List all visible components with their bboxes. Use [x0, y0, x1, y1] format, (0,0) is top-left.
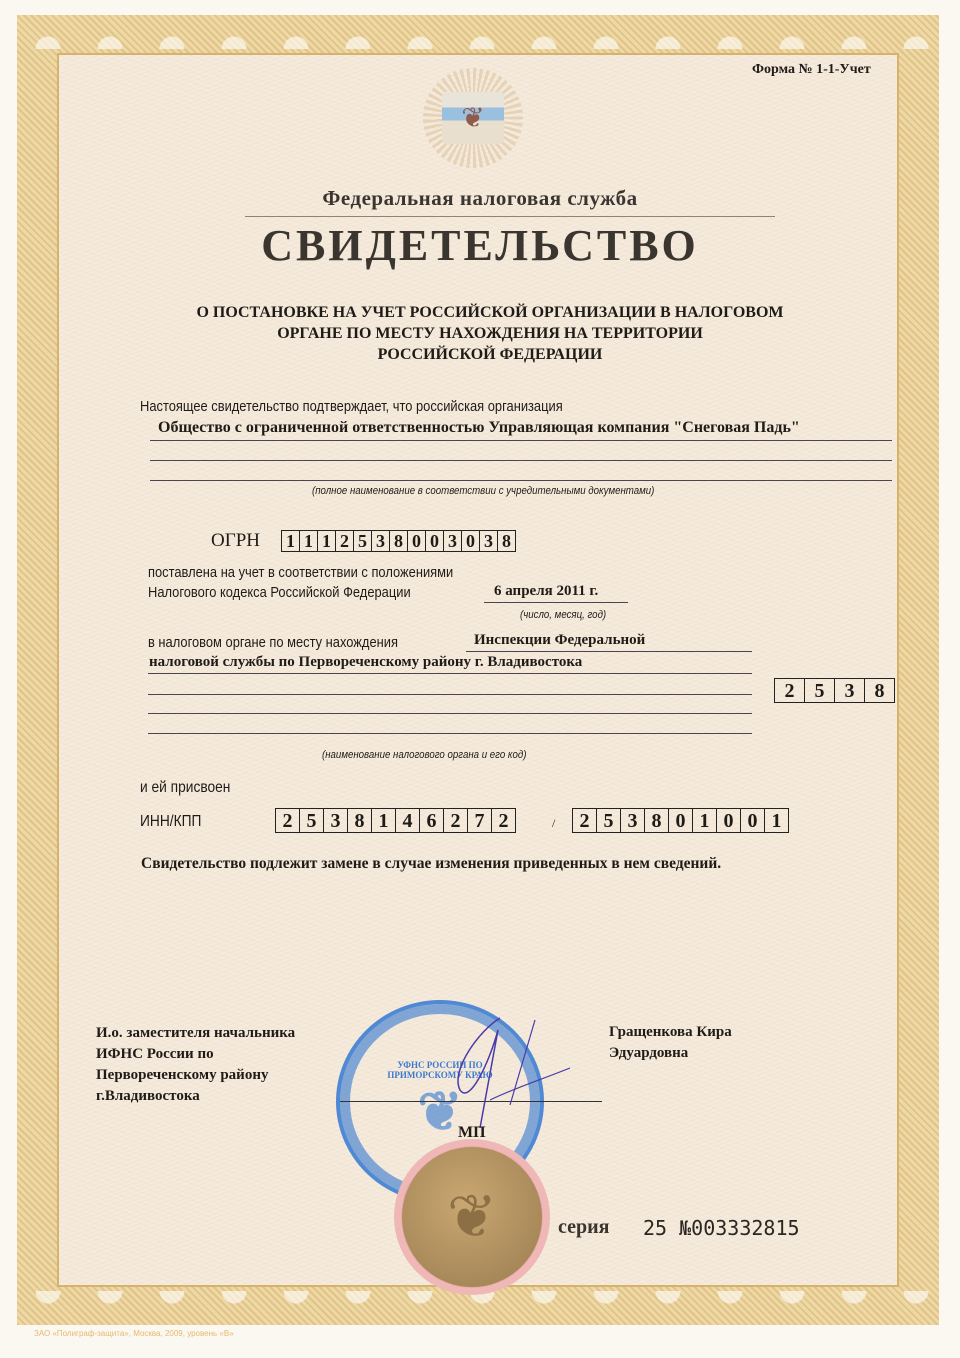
digit-cell: 2 — [775, 679, 804, 702]
form-number: Форма № 1-1-Учет — [752, 62, 871, 78]
ogrn-value: 1112538003038 — [281, 530, 516, 552]
digit-cell: 2 — [573, 809, 596, 832]
digit-cell: 3 — [620, 809, 644, 832]
ogrn-label: ОГРН — [211, 530, 260, 552]
digit-cell: 8 — [389, 531, 407, 551]
document-subtitle: О ПОСТАНОВКЕ НА УЧЕТ РОССИЙСКОЙ ОРГАНИЗА… — [140, 302, 840, 365]
border-ornament-top — [17, 19, 939, 49]
inn-value: 2538146272 — [275, 808, 516, 833]
digit-cell: 1 — [692, 809, 716, 832]
digit-cell: 8 — [497, 531, 515, 551]
tax-authority-code: 2538 — [774, 678, 895, 703]
authority-line-3 — [148, 694, 752, 695]
position-line: ИФНС России по — [96, 1044, 295, 1065]
digit-cell: 8 — [644, 809, 668, 832]
digit-cell: 0 — [461, 531, 479, 551]
digit-cell: 3 — [323, 809, 347, 832]
digit-cell: 3 — [443, 531, 461, 551]
digit-cell: 0 — [668, 809, 692, 832]
inn-kpp-separator: / — [552, 816, 555, 831]
inn-kpp-label: ИНН/КПП — [140, 813, 201, 831]
eagle-icon: ❦ — [447, 1182, 497, 1252]
digit-cell: 2 — [491, 809, 515, 832]
seal-place-label: МП — [458, 1124, 486, 1142]
agency-name: Федеральная налоговая служба — [0, 186, 960, 211]
digit-cell: 0 — [716, 809, 740, 832]
digit-cell: 3 — [834, 679, 864, 702]
authority-line-2 — [148, 673, 752, 674]
name-line: Эдуардовна — [609, 1043, 732, 1064]
series-label: серия — [558, 1216, 609, 1239]
kpp-value: 253801001 — [572, 808, 789, 833]
digit-cell: 7 — [467, 809, 491, 832]
position-line: Первореченскому району — [96, 1065, 295, 1086]
digit-cell: 8 — [864, 679, 894, 702]
tax-authority-prefix: в налоговом органе по месту нахождения — [148, 634, 398, 651]
handwritten-signature — [420, 1010, 570, 1130]
eagle-icon: ❦ — [442, 92, 504, 144]
date-line — [484, 602, 628, 603]
digit-cell: 8 — [347, 809, 371, 832]
org-line-3 — [150, 480, 892, 481]
digit-cell: 5 — [353, 531, 371, 551]
authority-line-4 — [148, 713, 752, 714]
digit-cell: 3 — [371, 531, 389, 551]
digit-cell: 4 — [395, 809, 419, 832]
intro-text: Настоящее свидетельство подтверждает, чт… — [140, 398, 563, 415]
digit-cell: 2 — [335, 531, 353, 551]
subtitle-line: О ПОСТАНОВКЕ НА УЧЕТ РОССИЙСКОЙ ОРГАНИЗА… — [140, 302, 840, 323]
digit-cell: 1 — [299, 531, 317, 551]
replacement-notice: Свидетельство подлежит замене в случае и… — [141, 855, 721, 873]
digit-cell: 0 — [425, 531, 443, 551]
position-line: г.Владивостока — [96, 1086, 295, 1107]
document-title: СВИДЕТЕЛЬСТВО — [0, 220, 960, 271]
digit-cell: 1 — [282, 531, 299, 551]
org-line-2 — [150, 460, 892, 461]
name-line: Гращенкова Кира — [609, 1022, 732, 1043]
agency-divider — [245, 216, 775, 217]
authority-line-1 — [466, 651, 752, 652]
registration-line-1: поставлена на учет в соответствии с поло… — [148, 564, 453, 581]
digit-cell: 2 — [276, 809, 299, 832]
assigned-text: и ей присвоен — [140, 779, 230, 797]
border-ornament-bottom — [17, 1291, 939, 1321]
digit-cell: 2 — [443, 809, 467, 832]
tax-authority-hint: (наименование налогового органа и его ко… — [322, 749, 526, 761]
digit-cell: 1 — [764, 809, 788, 832]
digit-cell: 1 — [317, 531, 335, 551]
tax-authority-name-2: налоговой службы по Первореченскому райо… — [149, 654, 582, 671]
signatory-position: И.о. заместителя начальника ИФНС России … — [96, 1023, 295, 1107]
printer-note: ЗАО «Полиграф-защита», Москва, 2009, уро… — [34, 1329, 234, 1338]
signatory-name: Гращенкова Кира Эдуардовна — [609, 1022, 732, 1064]
digit-cell: 0 — [407, 531, 425, 551]
gold-seal: ❦ — [401, 1146, 543, 1288]
tax-authority-name-1: Инспекции Федеральной — [474, 632, 645, 649]
series-number: 25 №003332815 — [643, 1216, 800, 1240]
digit-cell: 6 — [419, 809, 443, 832]
digit-cell: 5 — [596, 809, 620, 832]
position-line: И.о. заместителя начальника — [96, 1023, 295, 1044]
organization-name: Общество с ограниченной ответственностью… — [158, 419, 800, 437]
date-hint: (число, месяц, год) — [520, 609, 606, 621]
authority-line-5 — [148, 733, 752, 734]
digit-cell: 5 — [299, 809, 323, 832]
registration-date: 6 апреля 2011 г. — [494, 583, 598, 600]
registration-line-2: Налогового кодекса Российской Федерации — [148, 584, 411, 601]
subtitle-line: ОРГАНЕ ПО МЕСТУ НАХОЖДЕНИЯ НА ТЕРРИТОРИИ — [140, 323, 840, 344]
hologram-emblem: ❦ — [423, 68, 523, 168]
org-line-1 — [150, 440, 892, 441]
digit-cell: 0 — [740, 809, 764, 832]
digit-cell: 3 — [479, 531, 497, 551]
digit-cell: 5 — [804, 679, 834, 702]
subtitle-line: РОССИЙСКОЙ ФЕДЕРАЦИИ — [140, 344, 840, 365]
digit-cell: 1 — [371, 809, 395, 832]
organization-hint: (полное наименование в соответствии с уч… — [312, 485, 654, 497]
